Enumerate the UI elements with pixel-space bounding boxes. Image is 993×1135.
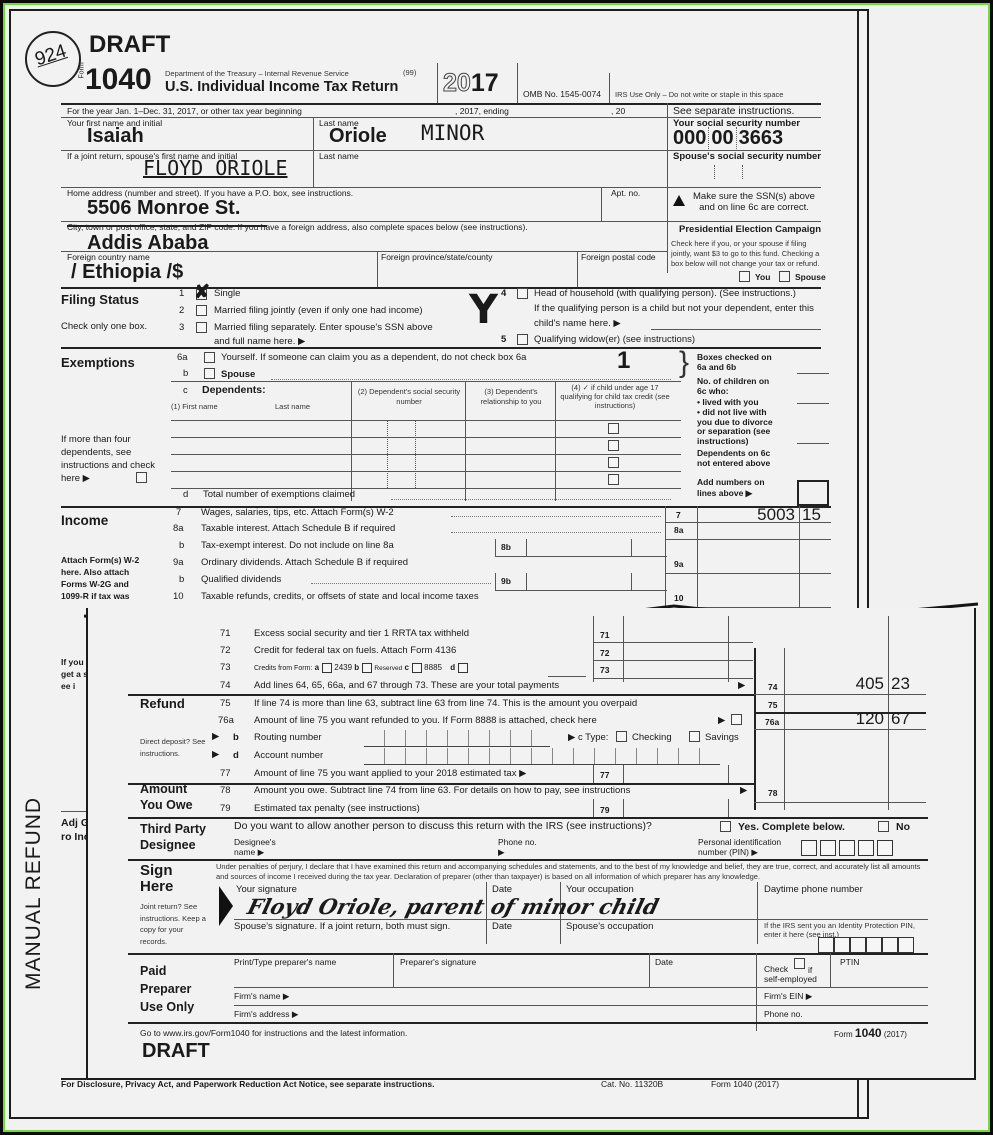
form-2439-checkbox[interactable] <box>322 663 332 673</box>
line-78-num: 78 <box>220 785 231 796</box>
dep-row2-ctc-checkbox[interactable] <box>608 440 619 451</box>
ending-20: , 20 <box>611 106 625 116</box>
form-code: (99) <box>403 68 416 77</box>
line-9b-box: 9b <box>501 576 511 586</box>
fs-num-4: 4 <box>501 288 506 299</box>
line-8b-box: 8b <box>501 542 511 552</box>
line-75-num: 75 <box>220 698 231 709</box>
line-6a-handwritten-count: 1 <box>617 347 630 375</box>
fs-num-2: 2 <box>179 305 184 316</box>
ssn-part-2: 00 <box>711 127 733 149</box>
side-boxes-checked: Boxes checked on 6a and 6b <box>697 352 777 372</box>
spouse-occupation-label: Spouse's occupation <box>566 921 653 932</box>
line-73-num: 73 <box>220 662 231 673</box>
line-6d-label: Total number of exemptions claimed <box>203 489 355 500</box>
pec-spouse-label: Spouse <box>795 272 826 282</box>
line-6c-num: c <box>183 385 188 396</box>
fs-num-1: 1 <box>179 288 184 299</box>
line-78-arrow-icon: ▶ <box>740 785 747 796</box>
fs-widow-checkbox[interactable] <box>517 334 528 345</box>
filing-status-heading: Filing Status <box>61 292 139 307</box>
self-employed-label: if self-employed <box>764 966 830 984</box>
handwritten-y-mark: Y <box>469 287 498 333</box>
line-74-label: Add lines 64, 65, 66a, and 67 through 73… <box>254 680 559 691</box>
sign-heading-1: Sign <box>140 862 173 879</box>
ssn-part-1: 000 <box>673 127 706 149</box>
ptin-label: PTIN <box>840 957 859 967</box>
dep-col1-last: Last name <box>275 402 310 411</box>
line-76a-num: 76a <box>218 715 234 726</box>
line-7-label: Wages, salaries, tips, etc. Attach Form(… <box>201 507 394 518</box>
taxpayer-signature[interactable]: Floyd Oriole, parent of minor child <box>245 894 662 919</box>
preparer-signature-label: Preparer's signature <box>400 957 476 967</box>
third-party-question: Do you want to allow another person to d… <box>234 820 652 832</box>
line-76b-num: b <box>233 732 239 743</box>
country-value[interactable]: / Ethiopia /$ <box>71 261 183 284</box>
refund-heading: Refund <box>140 696 185 711</box>
designee-yes-label: Yes. Complete below. <box>738 821 845 833</box>
draft-label-bottom: DRAFT <box>142 1040 210 1063</box>
reserved-checkbox[interactable] <box>362 663 372 673</box>
account-label: Account number <box>254 750 323 761</box>
line-73-d: d <box>450 663 455 672</box>
draft-label-top: DRAFT <box>89 31 170 59</box>
line-79-box: 79 <box>600 805 609 815</box>
line-9b-label: Qualified dividends <box>201 574 281 585</box>
spouse-signature-label: Spouse's signature. If a joint return, b… <box>234 921 450 932</box>
province-label: Foreign province/state/county <box>381 252 493 262</box>
line-74-arrow-icon: ▶ <box>738 680 745 691</box>
footer-form-label: Form <box>834 1030 853 1039</box>
form-2439: 2439 <box>334 663 352 672</box>
line-6b-checkbox[interactable] <box>204 368 215 379</box>
line-79-num: 79 <box>220 803 231 814</box>
spouse-last-label: Last name <box>319 151 359 161</box>
form-page-2: 71 Excess social security and tier 1 RRT… <box>86 608 976 1080</box>
line-6a-num: 6a <box>177 352 188 363</box>
line-77-box: 77 <box>600 770 609 780</box>
line-6b-label: Spouse <box>221 369 255 380</box>
line-8a-box: 8a <box>674 525 683 535</box>
side-children: No. of children on 6c who: <box>697 376 773 396</box>
line-76a-box: 76a <box>765 717 779 727</box>
dep-col3: (3) Dependent's relationship to you <box>469 387 553 407</box>
irs-link[interactable]: Go to www.irs.gov/Form1040 for instructi… <box>140 1028 407 1038</box>
line-9b-num: b <box>179 574 184 585</box>
dep-col4: (4) ✓ if child under age 17 qualifying f… <box>559 383 671 410</box>
ip-pin-boxes[interactable] <box>818 936 914 954</box>
dep-col1-first: (1) First name <box>171 402 218 411</box>
city-label: City, town or post office, state, and ZI… <box>67 222 528 232</box>
line-71-label: Excess social security and tier 1 RRTA t… <box>254 628 469 639</box>
line-74-cents[interactable]: 23 <box>891 674 910 694</box>
spouse-handwritten[interactable]: FLOYD ORIOLE <box>143 156 288 180</box>
amount-owe-heading-2: You Owe <box>140 798 193 812</box>
side-add: Add numbers on lines above ▶ <box>697 477 783 499</box>
line-8a-num: 8a <box>173 523 184 534</box>
line-73-prefix: Credits from Form: <box>254 665 312 672</box>
line-78-text: Amount you owe. Subtract line 74 from li… <box>254 785 630 796</box>
line-7-box: 7 <box>676 510 681 520</box>
line-6a-label: Yourself. If someone can claim you as a … <box>221 352 526 363</box>
attach-note: Attach Form(s) W-2 here. Also attach For… <box>61 554 145 602</box>
amount-owe-heading-1: Amount <box>140 782 187 796</box>
line-78-label: Amount you owe. Subtract line 74 from li… <box>254 785 630 796</box>
department: Department of the Treasury – Internal Re… <box>165 69 349 78</box>
side-lived: • lived with you <box>697 397 759 407</box>
line-9a-box: 9a <box>674 559 683 569</box>
line-76d-arrow-icon: ▶ <box>212 749 219 760</box>
line-8a-label: Taxable interest. Attach Schedule B if r… <box>201 523 395 534</box>
line-9a-num: 9a <box>173 557 184 568</box>
line-6d-num: d <box>183 489 188 500</box>
reserved: Reserved <box>374 665 402 672</box>
fs-hoh-label3: child's name here. ▶ <box>534 318 621 329</box>
apt-label: Apt. no. <box>611 188 640 198</box>
ssn-value[interactable]: 000003663 <box>673 127 783 150</box>
routing-label: Routing number <box>254 732 322 743</box>
line-74-num: 74 <box>220 680 231 691</box>
line-73-credits: Credits from Form: a 2439 b Reserved c 8… <box>254 663 468 673</box>
direct-deposit-note: Direct deposit? See instructions. <box>140 736 210 760</box>
line-76b-arrow-icon: ▶ <box>212 731 219 742</box>
designee-yes-checkbox[interactable] <box>720 821 731 832</box>
form-number: 1040 <box>85 63 152 97</box>
designee-name-label: Designee's name ▶ <box>234 837 284 857</box>
fs-mfj-checkbox[interactable] <box>196 305 207 316</box>
dep-row4-ctc-checkbox[interactable] <box>608 474 619 485</box>
sign-heading-2: Here <box>140 878 173 895</box>
line-75-label: If line 74 is more than line 63, subtrac… <box>254 698 637 709</box>
daytime-phone-label: Daytime phone number <box>764 884 863 895</box>
line-73-b: b <box>354 663 359 672</box>
line-73-a: a <box>315 663 319 672</box>
line-6a-checkbox[interactable] <box>204 352 215 363</box>
income-heading: Income <box>61 513 108 528</box>
minor-annotation: MINOR <box>421 121 484 145</box>
underlying-cat-no: Cat. No. 11320B <box>601 1079 663 1089</box>
checking-label: Checking <box>632 732 672 743</box>
last-name-value[interactable]: Oriole <box>329 125 387 148</box>
line-73-box: 73 <box>600 665 609 675</box>
designee-pin-label: Personal identification number (PIN) ▶ <box>698 837 806 857</box>
pec-title: Presidential Election Campaign <box>679 224 821 235</box>
third-party-heading-2: Designee <box>140 838 196 852</box>
irs-use-only: IRS Use Only – Do not write or staple in… <box>615 90 783 99</box>
routing-number-field[interactable] <box>364 730 550 747</box>
more-than-four-checkbox[interactable] <box>136 472 147 483</box>
fs-mfs-label: Married filing separately. Enter spouse'… <box>214 322 433 333</box>
fs-mfj-label: Married filing jointly (even if only one… <box>214 305 423 316</box>
line-76a-arrow-icon: ▶ <box>718 715 725 726</box>
line-72-box: 72 <box>600 648 609 658</box>
manual-refund-stamp: MANUAL REFUND <box>22 797 46 990</box>
dep-row1-ctc-checkbox[interactable] <box>608 423 619 434</box>
spouse-ssn-label: Spouse's social security number <box>673 151 821 162</box>
line-79-label: Estimated tax penalty (see instructions) <box>254 803 420 814</box>
preparer-heading-1: Paid <box>140 964 166 978</box>
year-bold: 17 <box>471 69 499 97</box>
side-not-lived: • did not live with you due to divorce o… <box>697 408 783 446</box>
fs-single-x-mark: ✘ <box>194 281 210 304</box>
year: 2017 <box>443 69 499 98</box>
account-type-label: ▶ c Type: <box>568 732 608 743</box>
first-name-value[interactable]: Isaiah <box>87 125 144 148</box>
fs-hoh-label2: If the qualifying person is a child but … <box>534 303 814 314</box>
side-dependents: Dependents on 6c not entered above <box>697 448 783 468</box>
year-outline: 20 <box>443 69 471 97</box>
dependents-label: Dependents: <box>202 384 266 396</box>
line-76a-cents[interactable]: 67 <box>891 709 910 729</box>
sign-arrow-icon <box>219 886 233 926</box>
line-74-box: 74 <box>768 682 777 692</box>
preparer-name-label: Print/Type preparer's name <box>234 957 336 967</box>
form-8888-checkbox[interactable] <box>731 714 742 725</box>
line-78-box: 78 <box>768 788 777 798</box>
line-73-c: c <box>404 663 408 672</box>
line-77-num: 77 <box>220 768 231 779</box>
line-72-num: 72 <box>220 645 231 656</box>
firm-address-label: Firm's address ▶ <box>234 1009 298 1020</box>
line-71-box: 71 <box>600 630 609 640</box>
line-74-dollars[interactable]: 405 <box>788 674 884 694</box>
preparer-heading-3: Use Only <box>140 1000 194 1014</box>
underlying-notice: For Disclosure, Privacy Act, and Paperwo… <box>61 1079 435 1089</box>
savings-checkbox[interactable] <box>689 731 700 742</box>
pec-you-checkbox[interactable] <box>739 271 750 282</box>
brace: } <box>679 348 689 378</box>
address-value[interactable]: 5506 Monroe St. <box>87 197 240 220</box>
line-72-label: Credit for federal tax on fuels. Attach … <box>254 645 456 656</box>
ssn-part-3: 3663 <box>739 127 784 149</box>
ending-label: , 2017, ending <box>455 106 509 116</box>
checking-checkbox[interactable] <box>616 731 627 742</box>
designee-phone-label: Phone no. ▶ <box>498 837 538 857</box>
fs-hoh-label: Head of household (with qualifying perso… <box>534 288 796 299</box>
omb-number: OMB No. 1545-0074 <box>523 89 601 99</box>
pec-spouse-checkbox[interactable] <box>779 271 790 282</box>
pec-text: Check here if you, or your spouse if fil… <box>671 239 821 269</box>
fs-num-3: 3 <box>179 322 184 333</box>
fs-mfs-checkbox[interactable] <box>196 322 207 333</box>
designee-pin-boxes[interactable] <box>798 839 893 857</box>
perjury-statement: Under penalties of perjury, I declare th… <box>216 862 928 882</box>
form-title: U.S. Individual Income Tax Return <box>165 79 398 95</box>
line-8b-label: Tax-exempt interest. Do not include on l… <box>201 540 394 551</box>
filing-status-note: Check only one box. <box>61 321 151 333</box>
fs-mfs-label2: and full name here. ▶ <box>214 336 305 347</box>
joint-return-note: Joint return? See instructions. Keep a c… <box>140 901 210 947</box>
total-exemptions-box[interactable] <box>797 480 829 506</box>
pec-you-label: You <box>755 272 770 282</box>
preparer-phone-label: Phone no. <box>764 1009 803 1019</box>
ssn-warning: Make sure the SSN(s) above and on line 6… <box>689 191 819 213</box>
line-76a-label: Amount of line 75 you want refunded to y… <box>254 715 597 726</box>
designee-no-checkbox[interactable] <box>878 821 889 832</box>
form-footer: Form 1040 (2017) <box>834 1026 907 1040</box>
postal-label: Foreign postal code <box>581 252 656 262</box>
line-8b-num: b <box>179 540 184 551</box>
fs-num-5: 5 <box>501 334 506 345</box>
firm-name-label: Firm's name ▶ <box>234 991 289 1002</box>
line-76a-dollars[interactable]: 120 <box>788 709 884 729</box>
third-party-heading-1: Third Party <box>140 822 206 836</box>
exemptions-heading: Exemptions <box>61 355 135 370</box>
spouse-date-label: Date <box>492 921 512 932</box>
line-71-num: 71 <box>220 628 231 639</box>
form-d-checkbox[interactable] <box>458 663 468 673</box>
form-8885-checkbox[interactable] <box>412 663 422 673</box>
preparer-date-label: Date <box>655 957 673 967</box>
line-6b-num: b <box>183 368 188 379</box>
line-7-num: 7 <box>176 507 181 518</box>
line-76d-num: d <box>233 750 239 761</box>
footer-form-number: 1040 <box>855 1026 882 1040</box>
line-77-label: Amount of line 75 you want applied to yo… <box>254 768 526 779</box>
dep-col2: (2) Dependent's social security number <box>356 387 462 407</box>
dep-row3-ctc-checkbox[interactable] <box>608 457 619 468</box>
preparer-heading-2: Preparer <box>140 982 191 996</box>
warning-triangle-icon <box>673 195 685 206</box>
fs-hoh-checkbox[interactable] <box>517 288 528 299</box>
designee-no-label: No <box>896 821 910 833</box>
fs-single-label: Single <box>214 288 240 299</box>
savings-label: Savings <box>705 732 739 743</box>
line-9a-label: Ordinary dividends. Attach Schedule B if… <box>201 557 408 568</box>
tax-year-line: For the year Jan. 1–Dec. 31, 2017, or ot… <box>67 106 302 116</box>
see-instructions: See separate instructions. <box>673 105 794 117</box>
firm-ein-label: Firm's EIN ▶ <box>764 991 812 1002</box>
form-8885: 8885 <box>424 663 442 672</box>
underlying-form: Form 1040 (2017) <box>711 1079 779 1089</box>
footer-form-year: (2017) <box>884 1030 907 1039</box>
fs-widow-label: Qualifying widow(er) (see instructions) <box>534 334 695 345</box>
line-75-box: 75 <box>768 700 777 710</box>
account-number-field[interactable] <box>364 748 720 765</box>
